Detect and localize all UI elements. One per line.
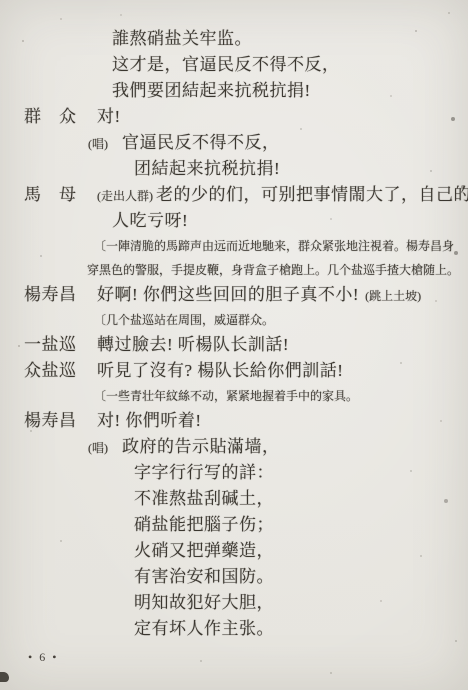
verse-line: 硝盐能把腦子伤；: [0, 512, 468, 538]
sung-verse-line: (唱)政府的告示貼滿墙，: [0, 434, 468, 460]
dialogue-continuation: 人吃亏呀!: [0, 208, 468, 234]
sung-verse-line: (唱)官逼民反不得不反，: [0, 130, 468, 156]
stage-direction: 〔一陣清脆的馬蹄声由远而近地馳来，群众紧张地注視着。楊寿昌身: [0, 234, 468, 258]
speaker-name: 楊寿昌: [24, 408, 97, 434]
dialogue-text: 对! 你們听着!: [97, 411, 202, 430]
dialogue-text: 听見了沒有? 楊队长給你們訓話!: [97, 361, 343, 380]
dialogue-line: 群 众对!: [0, 104, 468, 130]
dialogue-line: 楊寿昌好啊! 你們这些回回的胆子真不小!(跳上土坡): [0, 282, 468, 308]
stage-direction: 穿黑色的警服，手提皮鞭，身背盒子槍跑上。几个盐巡手揸大槍随上。: [0, 258, 468, 282]
scan-noise: [0, 0, 2, 2]
verse-line: 火硝又把弹藥造，: [0, 538, 468, 564]
verse-line: 定有坏人作主张。: [0, 616, 468, 642]
scan-blot: [0, 672, 9, 682]
dialogue-line: 众盐巡听見了沒有? 楊队长給你們訓話!: [0, 358, 468, 384]
speaker-name: 众盐巡: [24, 358, 97, 384]
verse-line: 有害治安和国防。: [0, 564, 468, 590]
dialogue-line: 楊寿昌对! 你們听着!: [0, 408, 468, 434]
verse-line: 明知故犯好大胆，: [0, 590, 468, 616]
stage-direction: 〔几个盐巡站在周围，威逼群众。: [0, 308, 468, 332]
verse-line: 不准熬盐刮碱土，: [0, 486, 468, 512]
verse-line: 誰熬硝盐关牢监。: [0, 26, 468, 52]
script-page: 誰熬硝盐关牢监。 这才是，官逼民反不得不反， 我們要团結起来抗税抗捐! 群 众对…: [0, 0, 468, 690]
dialogue-text: 老的少的们，可别把事情閙大了，自己的: [156, 185, 468, 204]
dialogue-line: 一盐巡轉过臉去! 听楊队长訓話!: [0, 332, 468, 358]
speaker-name: 楊寿昌: [24, 282, 97, 308]
sung-text: 政府的告示貼滿墙，: [122, 437, 280, 456]
speaker-name: 馬 母: [24, 182, 97, 208]
sung-text: 官逼民反不得不反，: [122, 133, 280, 152]
verse-line: 这才是，官逼民反不得不反，: [0, 52, 468, 78]
dialogue-text: 好啊! 你們这些回回的胆子真不小!: [97, 285, 359, 304]
dialogue-text: 对!: [97, 107, 121, 126]
speaker-name: 群 众: [24, 104, 97, 130]
verse-line: 团結起来抗税抗捐!: [0, 156, 468, 182]
page-number: • 6 •: [0, 650, 468, 665]
speaker-name: 一盐巡: [24, 332, 97, 358]
stage-direction: 〔一些青壮年紋絲不动，紧紧地握着手中的家具。: [0, 384, 468, 408]
song-tag: (唱): [88, 131, 122, 157]
inline-stage-direction: (跳上土坡): [365, 289, 421, 303]
dialogue-line: 馬 母(走出人群)老的少的们，可别把事情閙大了，自己的: [0, 182, 468, 208]
song-tag: (唱): [88, 435, 122, 461]
verse-line: 我們要团結起来抗税抗捐!: [0, 78, 468, 104]
inline-stage-direction: (走出人群): [97, 189, 153, 203]
verse-line: 字字行行写的詳：: [0, 460, 468, 486]
dialogue-text: 轉过臉去! 听楊队长訓話!: [97, 335, 289, 354]
